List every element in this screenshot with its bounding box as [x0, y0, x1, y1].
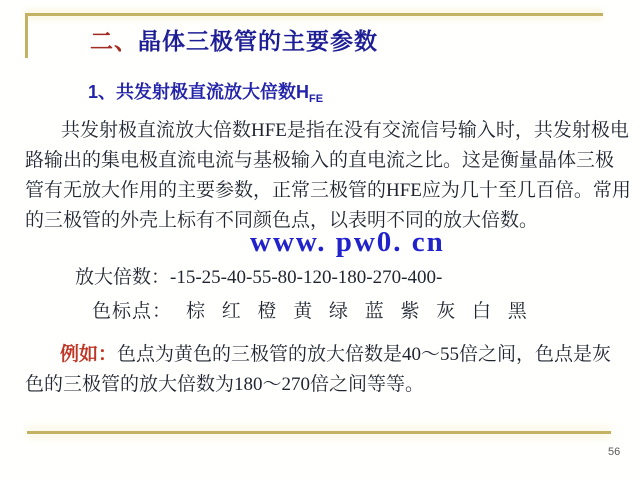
body-paragraph: 共发射极直流放大倍数HFE是指在没有交流信号输入时，共发射极电 路输出的集电极直…: [25, 116, 619, 236]
section-subtitle: 1、共发射极直流放大倍数HFE: [88, 81, 323, 103]
example-label: 例如：: [60, 344, 117, 365]
slide-title-text: 晶体三极管的主要参数: [138, 28, 378, 54]
slide-title: 二、晶体三极管的主要参数: [90, 28, 378, 55]
example-line-1: 例如：色点为黄色的三极管的放大倍数是40～55倍之间，色点是灰: [25, 340, 621, 370]
gain-values-label: 放大倍数：: [75, 267, 170, 288]
slide-canvas: 二、晶体三极管的主要参数 1、共发射极直流放大倍数HFE 共发射极直流放大倍数H…: [0, 0, 640, 480]
example-line-2: 色的三极管的放大倍数为180～270倍之间等等。: [25, 370, 621, 400]
top-accent-rule: [25, 13, 603, 16]
gain-values: -15-25-40-55-80-120-180-270-400-: [170, 267, 442, 288]
title-left-accent-rule: [25, 13, 28, 58]
color-dots-values: 棕 红 橙 黄 绿 蓝 紫 灰 白 黑: [186, 301, 528, 322]
example-paragraph: 例如：色点为黄色的三极管的放大倍数是40～55倍之间，色点是灰 色的三极管的放大…: [25, 340, 621, 400]
body-line-3: 管有无放大作用的主要参数，正常三极管的HFE应为几十至几百倍。常用: [25, 176, 619, 206]
example-line-1-text: 色点为黄色的三极管的放大倍数是40～55倍之间，色点是灰: [117, 344, 611, 365]
color-dots-label: 色标点：: [92, 301, 172, 322]
body-line-2: 路输出的集电极直流电流与基极输入的直电流之比。这是衡量晶体三极: [25, 146, 619, 176]
gain-values-line: 放大倍数：-15-25-40-55-80-120-180-270-400-: [75, 262, 442, 289]
slide-title-number: 二、: [90, 28, 138, 54]
color-dots-line: 色标点：棕 红 橙 黄 绿 蓝 紫 灰 白 黑: [92, 296, 528, 323]
body-line-1: 共发射极直流放大倍数HFE是指在没有交流信号输入时，共发射极电: [25, 116, 619, 146]
bottom-accent-rule: [27, 431, 611, 434]
watermark-text: www. pw0. cn: [250, 226, 445, 259]
subtitle-subscript: FE: [309, 93, 323, 105]
page-number: 56: [608, 446, 620, 458]
subtitle-text: 1、共发射极直流放大倍数H: [88, 82, 309, 102]
